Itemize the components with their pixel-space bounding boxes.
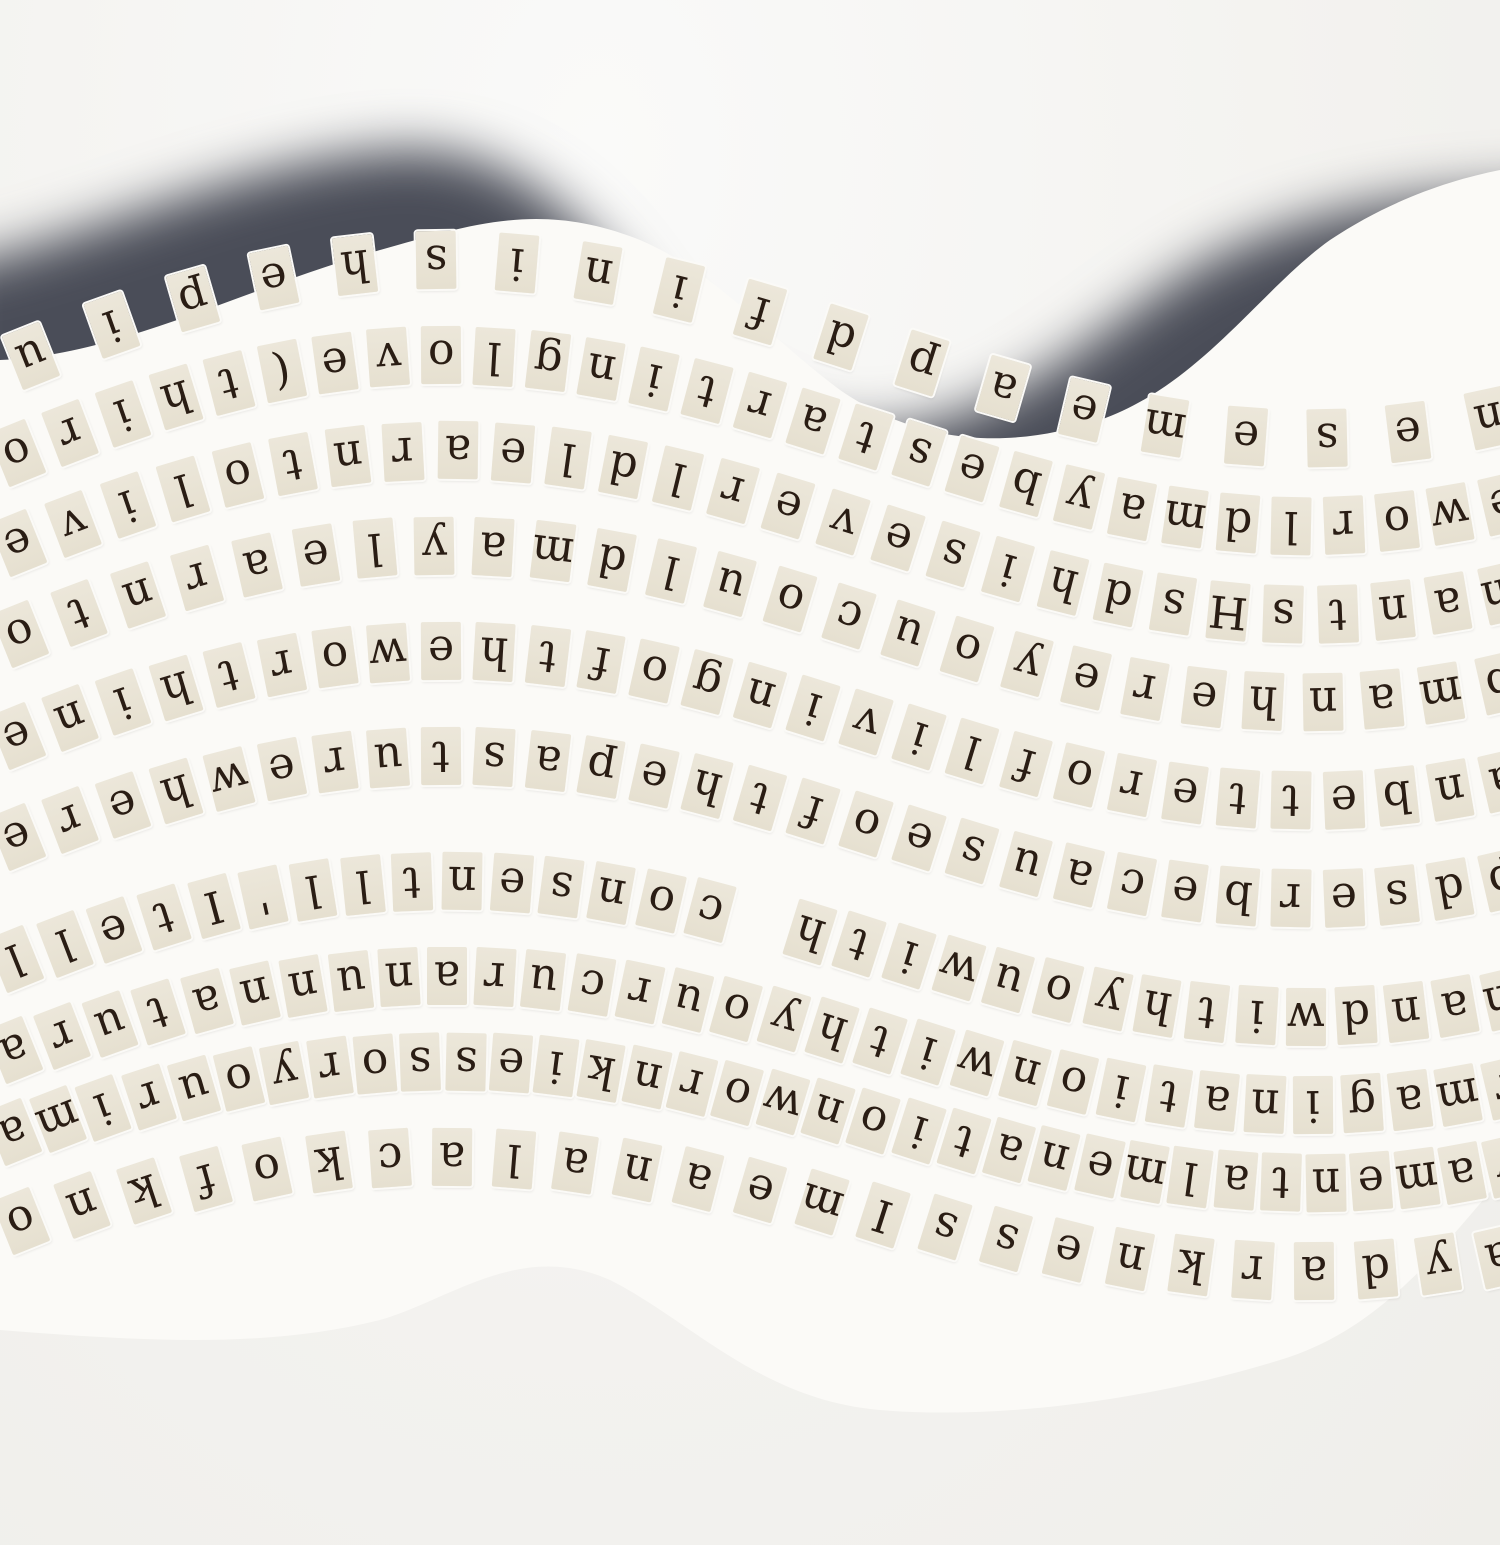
letter-tile: s (979, 1206, 1034, 1273)
letter-glyph: s (927, 1203, 962, 1252)
letter-glyph: e (741, 1165, 778, 1215)
letter-tile: a (1473, 1224, 1500, 1289)
letter-tile: o (0, 1186, 50, 1255)
letter-tile: c (368, 1128, 412, 1189)
letter-tile: n (54, 1171, 112, 1239)
letter-glyph: k (312, 1139, 345, 1186)
letter-tile: d (1354, 1238, 1399, 1299)
letter-tile: o (242, 1137, 293, 1202)
letter-glyph: m (795, 1175, 848, 1230)
letter-glyph: o (0, 1195, 41, 1246)
letter-tile: e (1042, 1217, 1095, 1283)
letter-tile: f (179, 1146, 233, 1213)
letter-tile: e (733, 1157, 788, 1224)
letter-glyph: k (124, 1166, 163, 1216)
letter-glyph: o (250, 1145, 285, 1194)
letter-glyph: a (439, 1135, 466, 1179)
letter-glyph: k (1175, 1242, 1207, 1289)
letter-tile: n (611, 1138, 662, 1203)
letter-tile: a (1294, 1242, 1334, 1300)
letter-tile: r (1231, 1239, 1275, 1300)
letter-glyph: n (61, 1180, 103, 1231)
letter-tile: a (672, 1146, 725, 1212)
letter-glyph: a (1301, 1249, 1328, 1293)
letter-row: onkfokcalanaemIssenkradya (0, 0, 1500, 1545)
letter-glyph: c (377, 1135, 405, 1181)
letter-tile: k (116, 1157, 172, 1225)
letter-glyph: n (618, 1146, 655, 1195)
letter-glyph: f (192, 1156, 220, 1203)
letter-glyph: r (1241, 1247, 1265, 1292)
letter-glyph: e (1050, 1225, 1086, 1274)
letter-glyph: a (1482, 1232, 1500, 1281)
letter-tile: a (551, 1131, 599, 1194)
letter-glyph: I (868, 1191, 898, 1238)
letter-glyph: d (1360, 1246, 1392, 1292)
photo-stage: uipehsinifdpaemesenoriht(evolgnitratseby… (0, 0, 1500, 1545)
letter-tile: k (1167, 1234, 1215, 1297)
letter-glyph: a (680, 1155, 716, 1204)
letter-tile: l (491, 1128, 536, 1189)
letter-glyph: n (1111, 1235, 1147, 1284)
letter-glyph: l (505, 1136, 523, 1181)
letter-glyph: a (559, 1139, 591, 1186)
letter-glyph: y (1422, 1241, 1453, 1288)
letter-glyph: s (989, 1215, 1023, 1264)
letter-tile: y (1413, 1232, 1461, 1295)
letter-tile: I (855, 1181, 911, 1248)
letter-tile: m (794, 1169, 850, 1236)
letter-tile: s (917, 1194, 973, 1261)
letter-tile: a (432, 1128, 472, 1186)
letter-tile: k (305, 1131, 353, 1194)
letter-tile: n (1104, 1227, 1155, 1292)
